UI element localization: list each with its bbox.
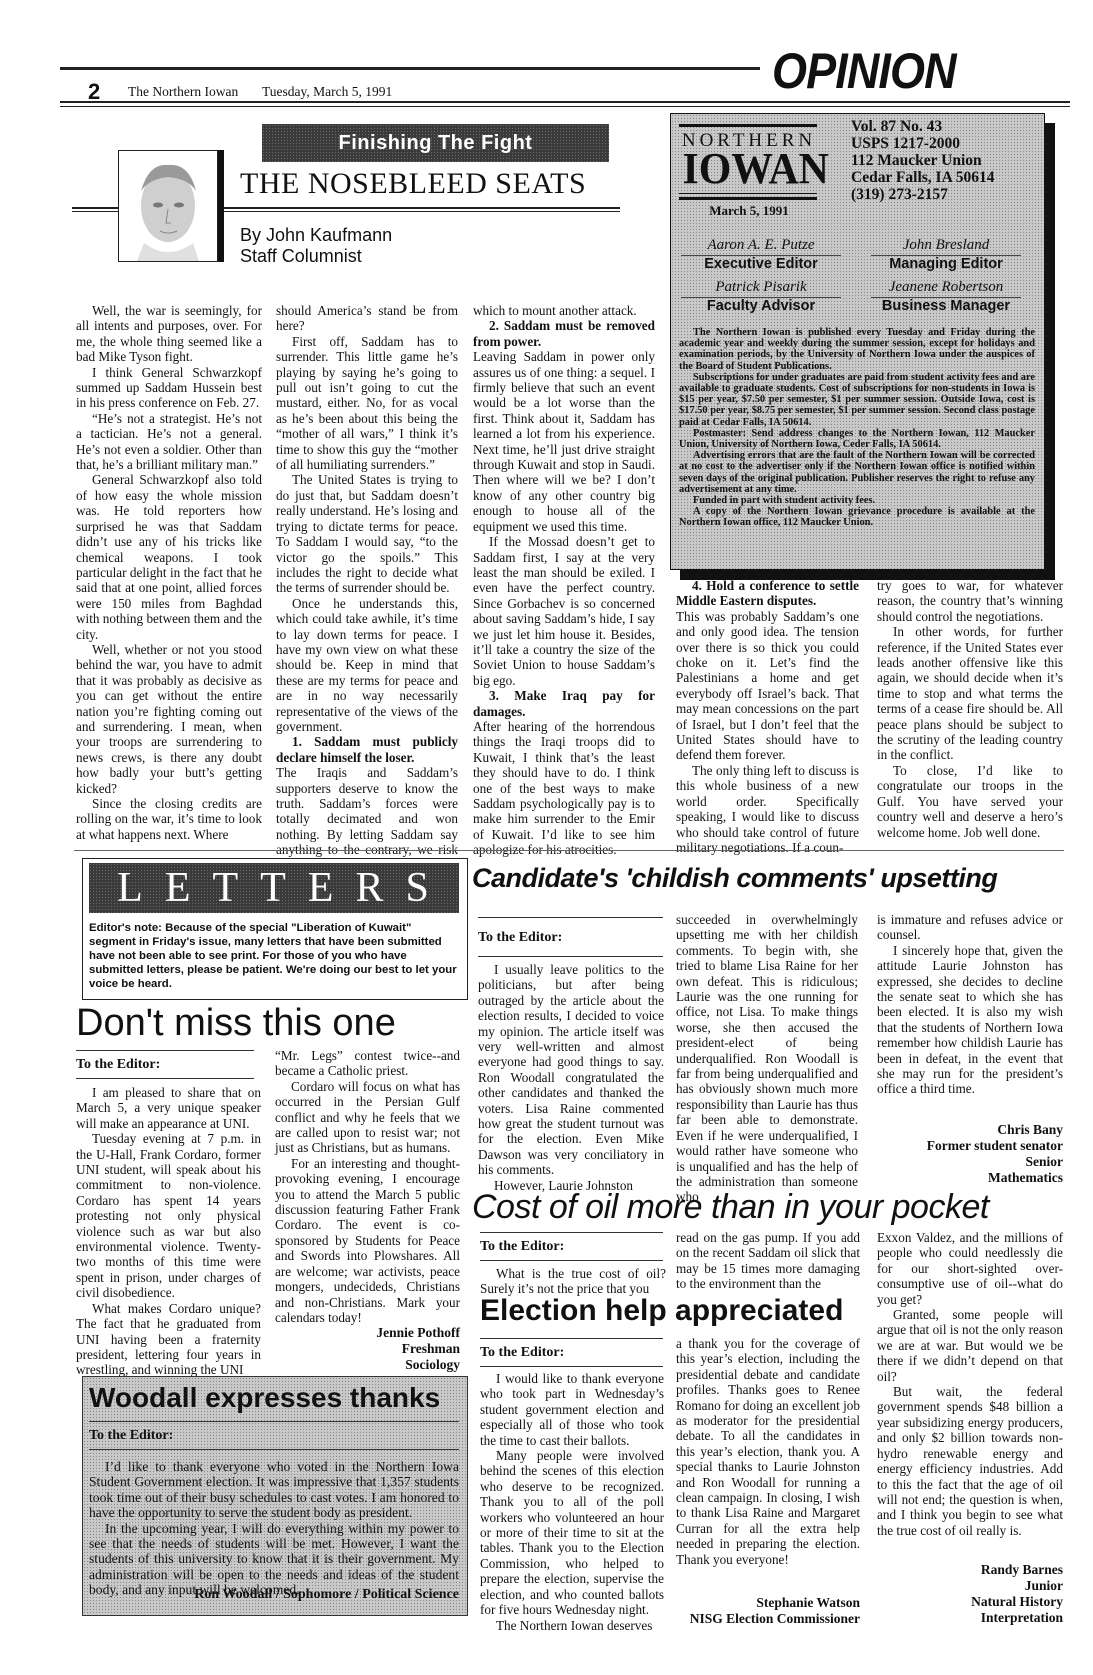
column-banner: Finishing The Fight: [262, 124, 609, 162]
letter-headline: Cost of oil more than in your pocket: [472, 1188, 989, 1226]
publication-notice: The Northern Iowan is published every Tu…: [679, 327, 1035, 529]
point-heading: 2. Saddam must be removed from power.: [473, 318, 655, 348]
notice-paragraph: Subscriptions for under graduates are pa…: [679, 372, 1035, 428]
signature-name: Jennie Pothoff: [300, 1325, 460, 1341]
paragraph: But wait, the federal government spends …: [877, 1384, 1063, 1538]
paragraph: Tuesday evening at 7 p.m. in the U-Hall,…: [76, 1131, 261, 1300]
paragraph: In other words, for further reference, i…: [877, 624, 1063, 763]
letters-banner-box: LETTERS Editor's note: Because of the sp…: [82, 858, 468, 1000]
masthead-rule-thin: [679, 193, 817, 194]
paragraph: The only thing left to discuss is this w…: [676, 763, 859, 855]
paragraph: What makes Cordaro unique? The fact that…: [76, 1301, 261, 1378]
letter-body-col2: succeeded in overwhelmingly upsetting me…: [676, 912, 858, 1205]
notice-paragraph: The Northern Iowan is published every Tu…: [679, 327, 1035, 372]
letter-body: I’d like to thank everyone who voted in …: [89, 1459, 459, 1598]
signature-year: Freshman: [300, 1341, 460, 1357]
letter-headline: Don't miss this one: [76, 1003, 396, 1043]
usps-number: USPS 1217-2000: [851, 135, 995, 152]
header-bottom-rule-thin: [60, 106, 1070, 107]
editors-note: Editor's note: Because of the special "L…: [89, 921, 457, 991]
letter-salutation: To the Editor:: [480, 1338, 663, 1367]
signature-title: NISG Election Commissioner: [660, 1611, 860, 1627]
paragraph: “Mr. Legs” contest twice--and became a C…: [275, 1048, 460, 1079]
notice-paragraph: A copy of the Northern Iowan grievance p…: [679, 506, 1035, 528]
paragraph: Well, whether or not you stood behind th…: [76, 642, 262, 796]
masthead-date: March 5, 1991: [679, 203, 819, 219]
notice-paragraph: Advertising errors that are the fault of…: [679, 450, 1035, 495]
publication-name: The Northern Iowan: [128, 84, 238, 100]
issue-date: Tuesday, March 5, 1991: [262, 84, 392, 100]
signature-year: Senior: [880, 1154, 1063, 1170]
paragraph: Well, the war is seemingly, for all inte…: [76, 303, 262, 365]
paragraph: I sincerely hope that, given the attitud…: [877, 943, 1063, 1097]
masthead-info: Vol. 87 No. 43 USPS 1217-2000 112 Maucke…: [851, 118, 995, 203]
letter-headline: Candidate's 'childish comments' upsettin…: [472, 862, 997, 894]
paragraph: I would like to thank everyone who took …: [480, 1371, 664, 1448]
paragraph: I’d like to thank everyone who voted in …: [89, 1459, 459, 1521]
letter-headline: Election help appreciated: [480, 1294, 843, 1328]
byline-role: Staff Columnist: [240, 246, 392, 267]
paragraph: General Schwarzkopf also told of how eas…: [76, 472, 262, 641]
letter-body-col3: Exxon Valdez, and the millions of people…: [877, 1230, 1063, 1538]
header-top-rule: [60, 67, 760, 70]
paragraph: succeeded in overwhelmingly upsetting me…: [676, 912, 858, 1205]
columnist-photo: [118, 150, 218, 262]
paragraph: I usually leave politics to the politici…: [478, 962, 664, 1178]
address: 112 Maucker Union: [851, 152, 995, 169]
letter-salutation: To the Editor:: [478, 917, 663, 957]
letters-banner: LETTERS: [89, 863, 459, 913]
letter-body-col2: “Mr. Legs” contest twice--and became a C…: [275, 1048, 460, 1325]
header-bottom-rule: [60, 101, 1070, 103]
point-heading: 1. Saddam must publicly declare himself …: [276, 734, 458, 764]
paragraph: If the Mossad doesn’t get to Saddam firs…: [473, 534, 655, 688]
staff-entry: John Bresland Managing Editor: [871, 237, 1021, 272]
letter-body-col1: I would like to thank everyone who took …: [480, 1371, 664, 1633]
signature-major: Mathematics: [880, 1170, 1063, 1186]
signature-name: Chris Bany: [880, 1122, 1063, 1138]
letter-body-col2: a thank you for the coverage of this yea…: [676, 1336, 860, 1567]
paragraph: First off, Saddam has to surrender. This…: [276, 334, 458, 473]
point-heading: 4. Hold a conference to settle Middle Ea…: [676, 578, 859, 608]
masthead-rule: [679, 124, 817, 127]
paragraph: I am pleased to share that on March 5, a…: [76, 1085, 261, 1131]
paragraph: What is the true cost of oil? Surely it’…: [480, 1266, 666, 1297]
letter-signature: Jennie Pothoff Freshman Sociology: [300, 1325, 460, 1373]
column-banner-text: Finishing The Fight: [262, 124, 609, 162]
paragraph: “He’s not a strategist. He’s not a tacti…: [76, 411, 262, 473]
signature-title: Former student senator: [880, 1138, 1063, 1154]
staff-name: Jeanene Robertson: [871, 279, 1021, 298]
letter-body-col1: What is the true cost of oil? Surely it’…: [480, 1266, 666, 1297]
masthead-rule: [679, 197, 817, 200]
masthead-name-bottom: IOWAN: [683, 147, 816, 191]
paragraph: Cordaro will focus on what has occurred …: [275, 1079, 460, 1156]
byline: By John Kaufmann Staff Columnist: [240, 225, 392, 267]
paragraph: try goes to war, for whatever reason, th…: [877, 578, 1063, 624]
letter-salutation: To the Editor:: [76, 1050, 254, 1079]
signature-major: Sociology: [300, 1357, 460, 1373]
letter-headline: Woodall expresses thanks: [89, 1381, 440, 1415]
paragraph: Many people were involved behind the sce…: [480, 1448, 664, 1617]
staff-name: Aaron A. E. Putze: [681, 237, 841, 256]
paragraph: Since the closing credits are rolling on…: [76, 796, 262, 842]
letter-body-col1: I am pleased to share that on March 5, a…: [76, 1085, 261, 1378]
letter-body-col3: is immature and refuses advice or counse…: [877, 912, 1063, 1097]
city-state-zip: Cedar Falls, IA 50614: [851, 169, 995, 186]
letter-salutation: To the Editor:: [480, 1232, 663, 1261]
section-title: OPINION: [772, 42, 956, 100]
letter-body-col1: I usually leave politics to the politici…: [478, 962, 664, 1193]
staff-title: Executive Editor: [681, 256, 841, 272]
paragraph: a thank you for the coverage of this yea…: [676, 1336, 860, 1567]
paragraph: Exxon Valdez, and the millions of people…: [877, 1230, 1063, 1307]
signature-major-cont: Interpretation: [880, 1610, 1063, 1626]
signature-name: Randy Barnes: [880, 1562, 1063, 1578]
paragraph: After hearing of the horrendous things t…: [473, 719, 655, 858]
letter-body-col2: read on the gas pump. If you add on the …: [676, 1230, 860, 1292]
staff-entry: Patrick Pisarik Faculty Advisor: [681, 279, 841, 314]
staff-name: Patrick Pisarik: [681, 279, 841, 298]
letter-salutation: To the Editor:: [89, 1421, 459, 1450]
paragraph: Leaving Saddam in power only assures us …: [473, 349, 655, 534]
column-text-col3: which to mount another attack. 2. Saddam…: [473, 303, 655, 858]
paragraph: This was probably Saddam’s one and only …: [676, 609, 859, 763]
staff-title: Business Manager: [871, 298, 1021, 314]
paragraph: The Northern Iowan deserves: [480, 1618, 664, 1633]
paragraph: Granted, some people will argue that oil…: [877, 1307, 1063, 1384]
notice-paragraph: Funded in part with student activity fee…: [679, 495, 1035, 506]
column-text-col2: should America’s stand be from here? Fir…: [276, 303, 458, 888]
masthead-box: NORTHERN IOWAN March 5, 1991 Vol. 87 No.…: [670, 113, 1045, 570]
staff-entry: Jeanene Robertson Business Manager: [871, 279, 1021, 314]
signature-year: Junior: [880, 1578, 1063, 1594]
paragraph: For an interesting and thought-provoking…: [275, 1156, 460, 1325]
paragraph: Once he understands this, which could ta…: [276, 596, 458, 735]
paragraph: I think General Schwarzkopf summed up Sa…: [76, 365, 262, 411]
letter-signature: Stephanie Watson NISG Election Commissio…: [660, 1595, 860, 1627]
phone-number: (319) 273-2157: [851, 186, 995, 203]
portrait-icon: [119, 151, 217, 261]
letter-signature: Randy Barnes Junior Natural History Inte…: [880, 1562, 1063, 1626]
paragraph: To close, I’d like to congratulate our t…: [877, 763, 1063, 840]
staff-entry: Aaron A. E. Putze Executive Editor: [681, 237, 841, 272]
byline-author: By John Kaufmann: [240, 225, 392, 246]
volume-number: Vol. 87 No. 43: [851, 118, 995, 135]
section-divider: [74, 850, 1064, 851]
paragraph: The United States is trying to do just t…: [276, 472, 458, 595]
paragraph: read on the gas pump. If you add on the …: [676, 1230, 860, 1292]
staff-name: John Bresland: [871, 237, 1021, 256]
paragraph: is immature and refuses advice or counse…: [877, 912, 1063, 943]
notice-paragraph: Postmaster: Send address changes to the …: [679, 428, 1035, 450]
staff-title: Faculty Advisor: [681, 298, 841, 314]
column-text-col4: 4. Hold a conference to settle Middle Ea…: [676, 578, 859, 855]
staff-title: Managing Editor: [871, 256, 1021, 272]
letter-signature: Chris Bany Former student senator Senior…: [880, 1122, 1063, 1186]
signature-name: Stephanie Watson: [660, 1595, 860, 1611]
letters-banner-text: LETTERS: [89, 863, 459, 913]
column-title: THE NOSEBLEED SEATS: [240, 167, 586, 201]
paragraph: which to mount another attack.: [473, 303, 655, 318]
column-text-col1: Well, the war is seemingly, for all inte…: [76, 303, 262, 842]
signature-major: Natural History: [880, 1594, 1063, 1610]
woodall-letter-box: Woodall expresses thanks To the Editor: …: [82, 1376, 468, 1616]
paragraph: should America’s stand be from here?: [276, 303, 458, 334]
column-text-col5: try goes to war, for whatever reason, th…: [877, 578, 1063, 840]
point-heading: 3. Make Iraq pay for damages.: [473, 688, 655, 718]
letter-signature: Ron Woodall / Sophomore / Political Scie…: [89, 1587, 459, 1603]
